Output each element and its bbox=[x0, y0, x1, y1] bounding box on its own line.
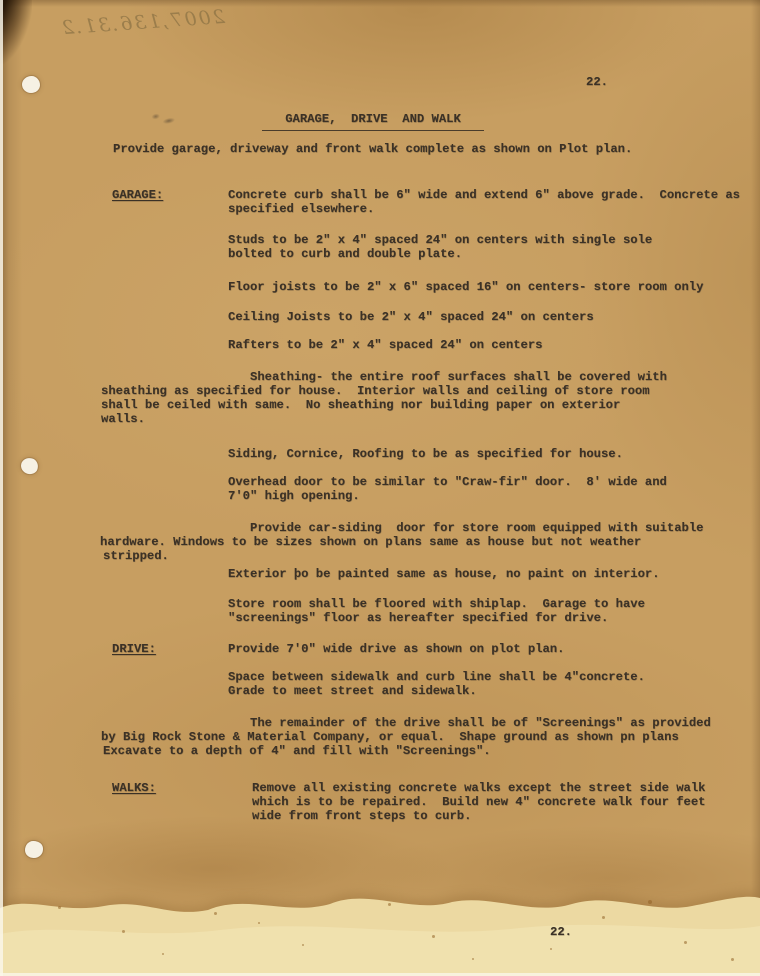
punch-hole bbox=[22, 76, 40, 93]
typed-line-garage: Concrete curb shall be 6" wide and exten… bbox=[228, 189, 740, 202]
typed-line-drive: by Big Rock Stone & Material Company, or… bbox=[101, 731, 679, 744]
typed-line-garage: Rafters to be 2" x 4" spaced 24" on cent… bbox=[228, 339, 543, 352]
typed-line-garage: hardware. Windows to be sizes shown on p… bbox=[100, 536, 641, 549]
typed-line-drive: Provide 7'0" wide drive as shown on plot… bbox=[228, 643, 564, 656]
typed-line-garage: Studs to be 2" x 4" spaced 24" on center… bbox=[228, 234, 652, 247]
typed-line-garage: Provide car-siding door for store room e… bbox=[250, 522, 703, 535]
scan-edge bbox=[0, 0, 3, 976]
typed-line-garage: shall be ceiled with same. No sheathing … bbox=[101, 399, 620, 412]
typed-line-preamble: Provide garage, driveway and front walk … bbox=[113, 143, 632, 156]
typed-line-garage: walls. bbox=[101, 413, 145, 426]
typed-line-garage: Exterior þo be painted same as house, no… bbox=[228, 568, 660, 581]
typed-line-garage: Overhead door to be similar to "Craw-fir… bbox=[228, 476, 667, 489]
punch-hole bbox=[25, 841, 43, 858]
typed-line-drive: Space between sidewalk and curb line sha… bbox=[228, 671, 645, 684]
typed-line-garage: "screenings" floor as hereafter specifie… bbox=[228, 612, 608, 625]
typed-line-drive: The remainder of the drive shall be of "… bbox=[250, 717, 711, 730]
typed-line-garage: specified elsewhere. bbox=[228, 203, 374, 216]
typed-line-garage: Floor joists to be 2" x 6" spaced 16" on… bbox=[228, 281, 703, 294]
typed-line-garage: Sheathing- the entire roof surfaces shal… bbox=[250, 371, 667, 384]
typed-line-walks: wide from front steps to curb. bbox=[252, 810, 471, 823]
typed-line-garage: bolted to curb and double plate. bbox=[228, 248, 462, 261]
typed-body: Provide garage, driveway and front walk … bbox=[0, 0, 760, 976]
typed-line-garage: Ceiling Joists to be 2" x 4" spaced 24" … bbox=[228, 311, 594, 324]
typed-line-drive: Excavate to a depth of 4" and fill with … bbox=[103, 745, 491, 758]
typed-line-garage: sheathing as specified for house. Interi… bbox=[101, 385, 650, 398]
typed-line-garage: Store room shall be floored with shiplap… bbox=[228, 598, 645, 611]
typed-line-garage: stripped. bbox=[103, 550, 169, 563]
typed-line-drive: Grade to meet street and sidewalk. bbox=[228, 685, 477, 698]
section-label-garage: GARAGE: bbox=[112, 189, 163, 202]
typed-line-walks: Remove all existing concrete walks excep… bbox=[252, 782, 705, 795]
typed-line-garage: 7'0" high opening. bbox=[228, 490, 360, 503]
typed-line-walks: which is to be repaired. Build new 4" co… bbox=[252, 796, 705, 809]
typed-line-garage: Siding, Cornice, Roofing to be as specif… bbox=[228, 448, 623, 461]
section-label-walks: WALKS: bbox=[112, 782, 156, 795]
scanned-document-page: 2007,136.31.2 22. 22. GARAGE, DRIVE AND … bbox=[0, 0, 760, 976]
section-label-drive: DRIVE: bbox=[112, 643, 156, 656]
